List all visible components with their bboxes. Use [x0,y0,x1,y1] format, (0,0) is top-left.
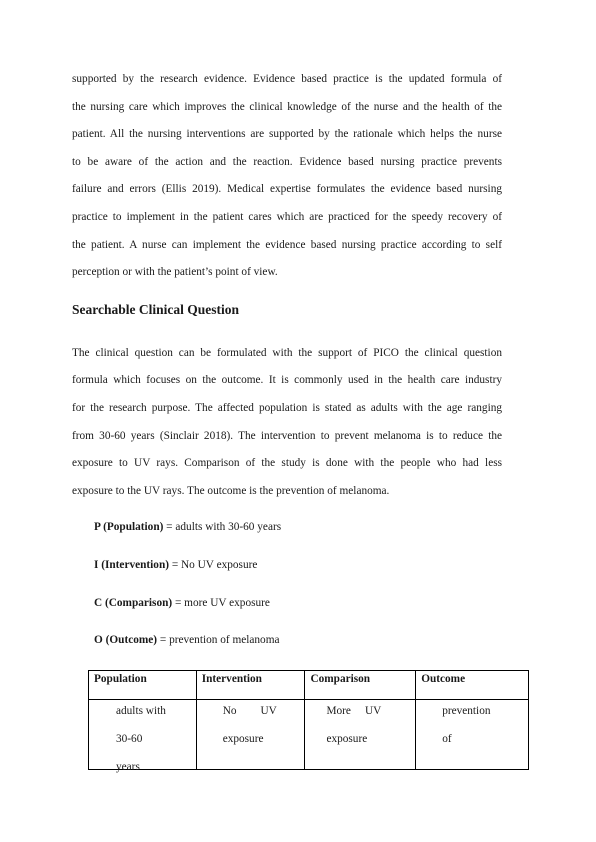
cell-text: exposure [305,728,415,756]
paragraph-1-line: supported by the research evidence. Evid… [72,72,502,86]
paragraph-1-line: failure and errors (Ellis 2019). Medical… [72,182,502,196]
paragraph-1-line: perception or with the patient’s point o… [72,265,502,279]
paragraph-2-line: for the research purpose. The affected p… [72,401,502,415]
paragraph-1-line: to be aware of the action and the reacti… [72,155,502,169]
word: UV [365,705,381,717]
header-comparison: Comparison [305,671,416,700]
pico-value: = prevention of melanoma [157,634,279,646]
header-outcome: Outcome [416,671,529,700]
paragraph-1-line: the nursing care which improves the clin… [72,100,502,114]
cell-text: adults with [89,700,196,728]
cell-text: years [89,756,196,769]
paragraph-2-line: exposure to the UV rays. The outcome is … [72,484,502,498]
cell-text: NoUV [197,700,305,728]
paragraph-2-line: formula which focuses on the outcome. It… [72,373,502,387]
section-heading: Searchable Clinical Question [72,302,239,318]
pico-value: = No UV exposure [169,559,257,571]
word: More [326,705,350,717]
cell-text: 30-60 [89,728,196,756]
word: No [223,705,237,717]
pico-outcome: O (Outcome) = prevention of melanoma [94,633,280,647]
header-population: Population [89,671,197,700]
cell-text: of [416,728,528,756]
cell-text: exposure [197,728,305,756]
paragraph-1-line: the patient. A nurse can implement the e… [72,238,502,252]
pico-value: = more UV exposure [172,597,270,609]
cell-intervention: NoUV exposure [196,700,305,770]
table-row: adults with 30-60 years NoUV exposure Mo… [89,700,529,770]
table-header-row: Population Intervention Comparison Outco… [89,671,529,700]
pico-label: C (Comparison) [94,597,172,609]
pico-label: P (Population) [94,521,163,533]
cell-comparison: MoreUV exposure [305,700,416,770]
document-page: supported by the research evidence. Evid… [0,0,596,842]
word: UV [261,705,277,717]
pico-label: I (Intervention) [94,559,169,571]
paragraph-2-line: exposure to UV rays. Comparison of the s… [72,456,502,470]
pico-value: = adults with 30-60 years [163,521,281,533]
paragraph-2-line: from 30-60 years (Sinclair 2018). The in… [72,429,502,443]
header-intervention: Intervention [196,671,305,700]
pico-intervention: I (Intervention) = No UV exposure [94,558,257,572]
cell-text: MoreUV [305,700,415,728]
cell-outcome: prevention of [416,700,529,770]
pico-label: O (Outcome) [94,634,157,646]
cell-text: prevention [416,700,528,728]
paragraph-1-line: patient. All the nursing interventions a… [72,127,502,141]
cell-population: adults with 30-60 years [89,700,197,770]
paragraph-1-line: practice to implement in the patient car… [72,210,502,224]
paragraph-2-line: The clinical question can be formulated … [72,346,502,360]
pico-table: Population Intervention Comparison Outco… [88,670,529,770]
pico-population: P (Population) = adults with 30-60 years [94,520,281,534]
pico-comparison: C (Comparison) = more UV exposure [94,596,270,610]
